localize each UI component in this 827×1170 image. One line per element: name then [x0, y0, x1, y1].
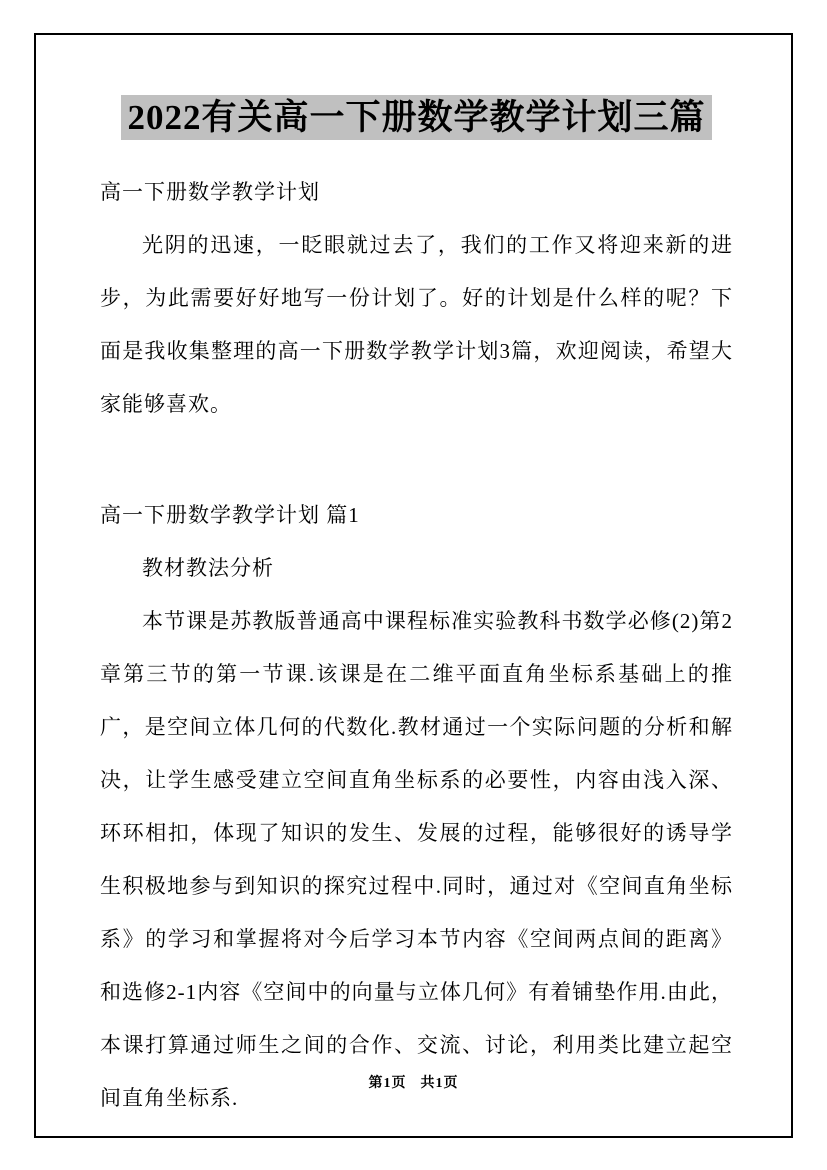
sub-heading: 教材教法分析	[100, 542, 733, 595]
body-paragraph: 本节课是苏教版普通高中课程标准实验教科书数学必修(2)第2章第三节的第一节课.该…	[100, 595, 733, 1125]
document-page-border: 2022有关高一下册数学教学计划三篇 高一下册数学教学计划 光阴的迅速，一眨眼就…	[34, 33, 793, 1138]
section-heading: 高一下册数学教学计划 篇1	[100, 489, 733, 542]
page-title-highlight: 2022有关高一下册数学教学计划三篇	[121, 95, 711, 140]
page-title: 2022有关高一下册数学教学计划三篇	[100, 95, 733, 140]
intro-paragraph: 光阴的迅速，一眨眼就过去了，我们的工作又将迎来新的进步，为此需要好好地写一份计划…	[100, 219, 733, 431]
footer-total-pages: 共1页	[421, 1076, 459, 1091]
page-footer: 第1页共1页	[36, 1072, 791, 1092]
footer-current-page: 第1页	[369, 1076, 407, 1091]
document-subtitle: 高一下册数学教学计划	[100, 166, 733, 219]
document-content: 2022有关高一下册数学教学计划三篇 高一下册数学教学计划 光阴的迅速，一眨眼就…	[100, 35, 733, 1125]
